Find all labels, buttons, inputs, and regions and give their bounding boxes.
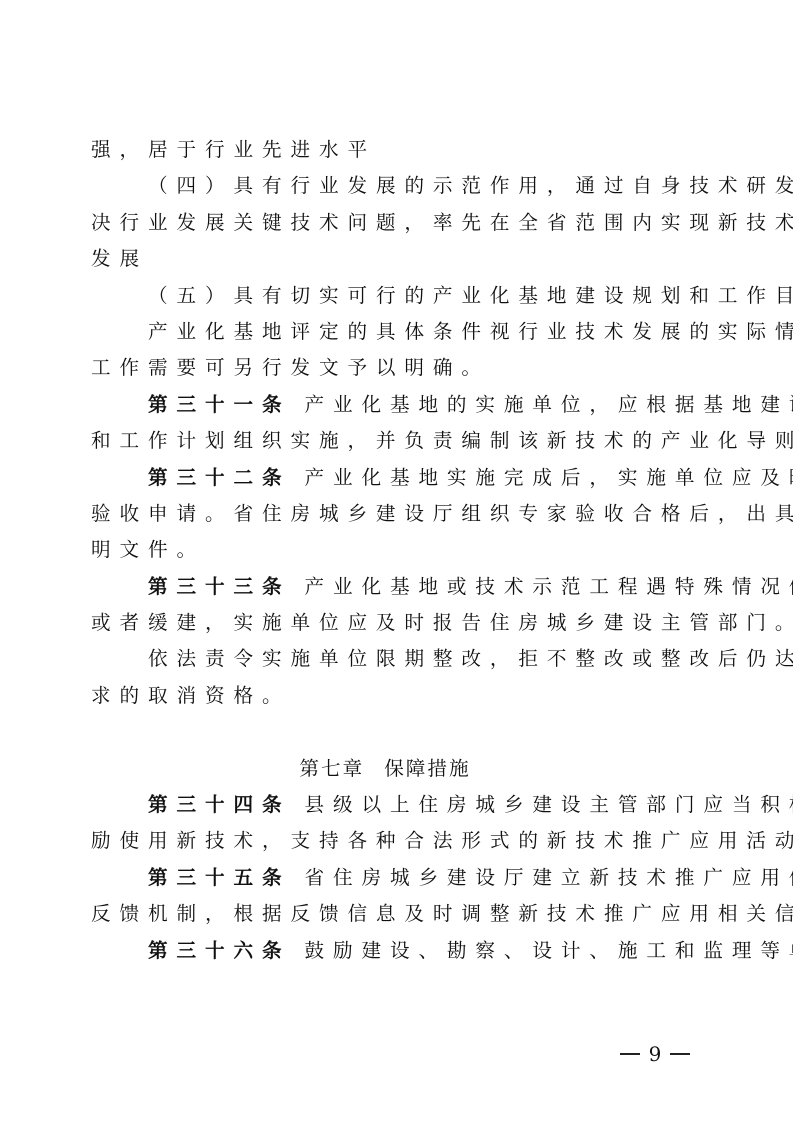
article-line: 第三十一条产业化基地的实施单位，应根据基地建设规划 — [91, 387, 691, 423]
article-line: 第三十四条县级以上住房城乡建设主管部门应当积极鼓 — [91, 787, 691, 823]
article-text: 县级以上住房城乡建设主管部门应当积极鼓 — [304, 793, 793, 816]
article-number: 第三十四条 — [148, 793, 290, 816]
article-text: 产业化基地的实施单位，应根据基地建设规划 — [304, 393, 793, 416]
text-line: （四）具有行业发展的示范作用，通过自身技术研发能力解 — [91, 168, 691, 204]
article-text: 产业化基地或技术示范工程遇特殊情况停建 — [304, 575, 793, 598]
document-page: 强，居于行业先进水平 （四）具有行业发展的示范作用，通过自身技术研发能力解 决行… — [0, 0, 793, 1122]
dash-left — [620, 1053, 640, 1055]
chapter-title: 保障措施 — [384, 757, 470, 780]
dash-right — [670, 1053, 690, 1055]
text-line: 决行业发展关键技术问题，率先在全省范围内实现新技术产业化 — [91, 205, 691, 241]
text-line: 明文件。 — [91, 532, 691, 568]
article-text: 产业化基地实施完成后，实施单位应及时提出 — [304, 466, 793, 489]
text-line: 验收申请。省住房城乡建设厅组织专家验收合格后，出具验收证 — [91, 496, 691, 532]
text-line: （五）具有切实可行的产业化基地建设规划和工作目标。 — [91, 278, 691, 314]
text-line: 励使用新技术，支持各种合法形式的新技术推广应用活动。 — [91, 823, 691, 859]
article-line: 第三十二条产业化基地实施完成后，实施单位应及时提出 — [91, 460, 691, 496]
page-body: 强，居于行业先进水平 （四）具有行业发展的示范作用，通过自身技术研发能力解 决行… — [91, 132, 691, 969]
text-line: 工作需要可另行发文予以明确。 — [91, 350, 691, 386]
article-number: 第三十五条 — [148, 866, 290, 889]
article-line: 第三十五条省住房城乡建设厅建立新技术推广应用信息 — [91, 860, 691, 896]
text-line: 求的取消资格。 — [91, 678, 691, 714]
chapter-heading: 第七章保障措施 — [91, 751, 691, 787]
text-line: 依法责令实施单位限期整改，拒不整改或整改后仍达不到要 — [91, 641, 691, 677]
page-number: 9 — [620, 1042, 690, 1066]
article-number: 第三十六条 — [148, 939, 290, 962]
text-line: 产业化基地评定的具体条件视行业技术发展的实际情况和 — [91, 314, 691, 350]
text-line: 发展 — [91, 241, 691, 277]
article-number: 第三十一条 — [148, 393, 290, 416]
article-line: 第三十三条产业化基地或技术示范工程遇特殊情况停建 — [91, 569, 691, 605]
blank-line — [91, 714, 691, 750]
text-line: 或者缓建，实施单位应及时报告住房城乡建设主管部门。 — [91, 605, 691, 641]
article-line: 第三十六条鼓励建设、勘察、设计、施工和监理等单位， — [91, 933, 691, 969]
article-text: 省住房城乡建设厅建立新技术推广应用信息 — [304, 866, 793, 889]
text-line: 和工作计划组织实施，并负责编制该新技术的产业化导则。 — [91, 423, 691, 459]
article-number: 第三十二条 — [148, 466, 290, 489]
text-line: 强，居于行业先进水平 — [91, 132, 691, 168]
page-number-value: 9 — [649, 1042, 662, 1066]
article-text: 鼓励建设、勘察、设计、施工和监理等单位， — [304, 939, 793, 962]
chapter-number: 第七章 — [299, 757, 364, 780]
text-line: 反馈机制，根据反馈信息及时调整新技术推广应用相关信息。 — [91, 896, 691, 932]
article-number: 第三十三条 — [148, 575, 290, 598]
